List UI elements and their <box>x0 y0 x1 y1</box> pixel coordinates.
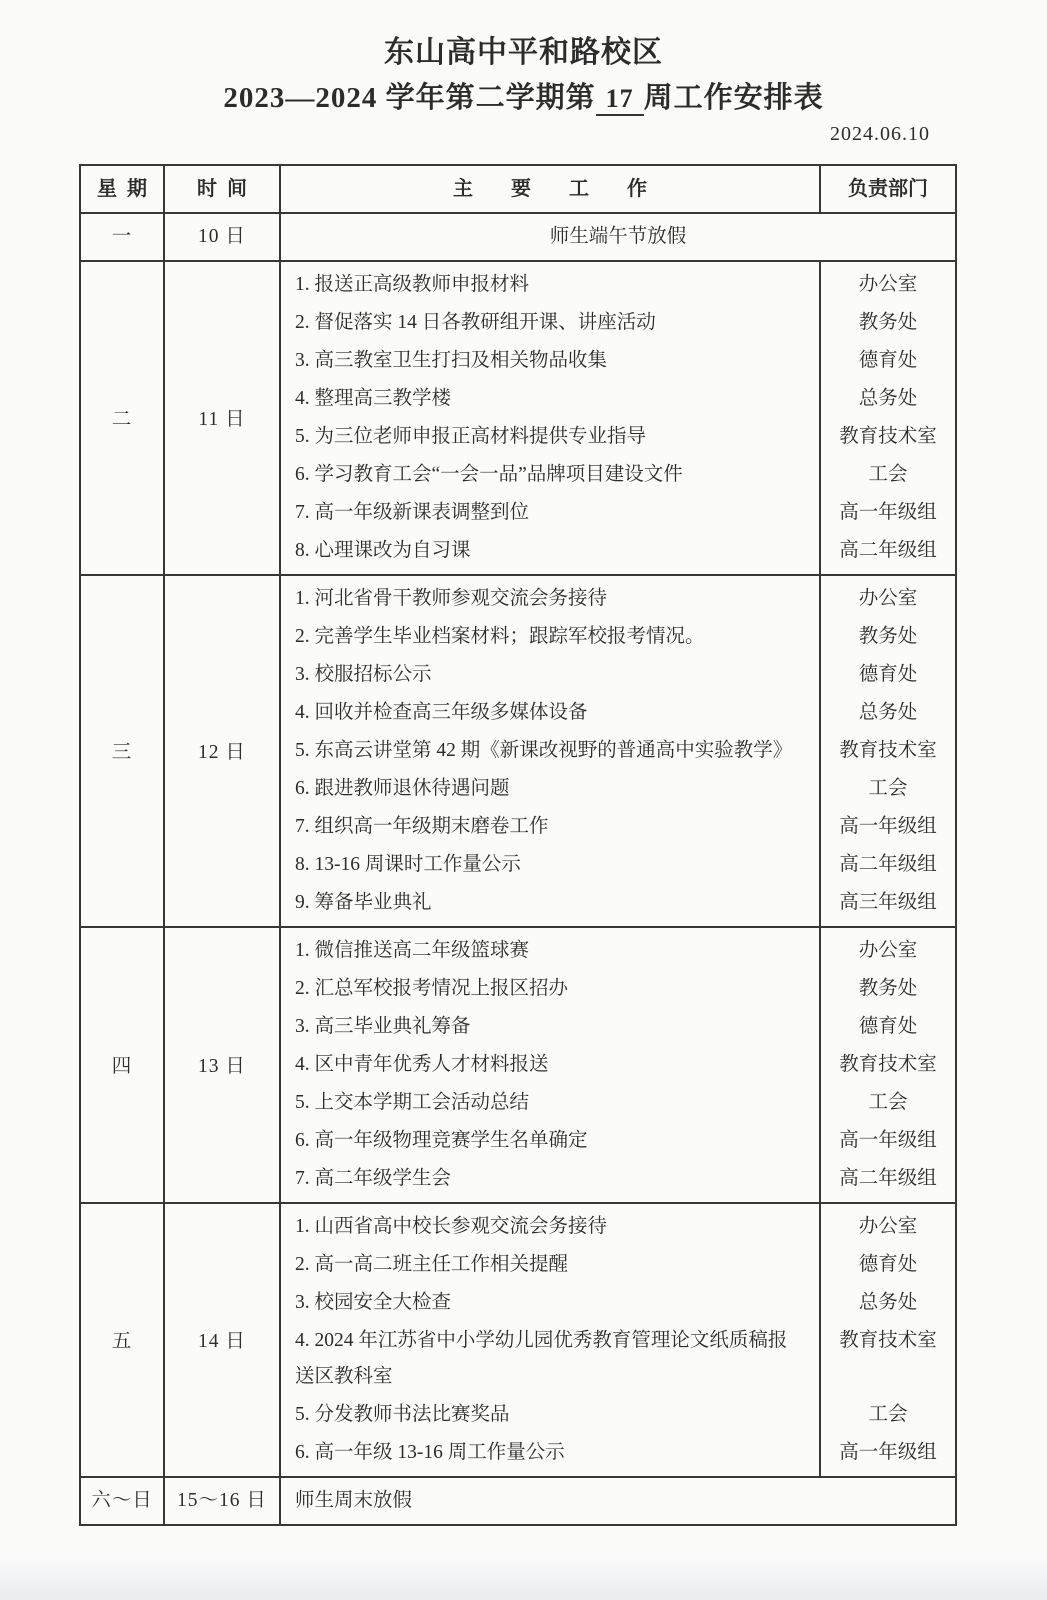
column-header-main-work: 主要工作 <box>280 165 820 213</box>
department-cell: 办公室 <box>820 261 956 304</box>
task-cell: 4. 2024 年江苏省中小学幼儿园优秀教育管理论文纸质稿报送区教科室 <box>280 1322 820 1396</box>
department-cell: 教育技术室 <box>820 418 956 456</box>
department-cell: 办公室 <box>820 1203 956 1246</box>
department-cell: 德育处 <box>820 342 956 380</box>
task-cell: 5. 东高云讲堂第 42 期《新课改视野的普通高中实验教学》 <box>280 732 820 770</box>
merged-task-cell: 师生端午节放假 <box>280 213 956 261</box>
time-cell: 12 日 <box>164 575 280 927</box>
table-row: 三12 日1. 河北省骨干教师参观交流会务接待办公室 <box>80 575 956 618</box>
weekly-schedule-table: 星期 时间 主要工作 负责部门 一10 日师生端午节放假二11 日1. 报送正高… <box>79 164 957 1526</box>
department-cell: 教育技术室 <box>820 1322 956 1396</box>
task-cell: 3. 高三毕业典礼筹备 <box>280 1008 820 1046</box>
day-group-四: 四13 日1. 微信推送高二年级篮球赛办公室2. 汇总军校报考情况上报区招办教务… <box>80 927 956 1203</box>
table-row: 六～日15～16 日师生周末放假 <box>80 1477 956 1525</box>
document-page: 东山高中平和路校区 2023—2024 学年第二学期第17周工作安排表 2024… <box>0 0 1047 1600</box>
department-cell: 高二年级组 <box>820 846 956 884</box>
department-cell: 总务处 <box>820 694 956 732</box>
department-cell: 办公室 <box>820 575 956 618</box>
column-header-time: 时间 <box>164 165 280 213</box>
task-cell: 7. 组织高一年级期末磨卷工作 <box>280 808 820 846</box>
department-cell: 德育处 <box>820 1008 956 1046</box>
task-cell: 8. 心理课改为自习课 <box>280 532 820 575</box>
task-cell: 2. 高一高二班主任工作相关提醒 <box>280 1246 820 1284</box>
weekday-cell: 五 <box>80 1203 164 1477</box>
department-cell: 总务处 <box>820 380 956 418</box>
department-cell: 教务处 <box>820 618 956 656</box>
day-group-五: 五14 日1. 山西省高中校长参观交流会务接待办公室2. 高一高二班主任工作相关… <box>80 1203 956 1477</box>
department-cell: 总务处 <box>820 1284 956 1322</box>
task-cell: 7. 高一年级新课表调整到位 <box>280 494 820 532</box>
task-cell: 5. 为三位老师申报正高材料提供专业指导 <box>280 418 820 456</box>
schedule-title-prefix: 2023—2024 学年第二学期第 <box>223 82 595 114</box>
department-cell: 工会 <box>820 1084 956 1122</box>
time-cell: 13 日 <box>164 927 280 1203</box>
task-cell: 5. 上交本学期工会活动总结 <box>280 1084 820 1122</box>
day-group-一: 一10 日师生端午节放假 <box>80 213 956 261</box>
table-header: 星期 时间 主要工作 负责部门 <box>80 165 956 213</box>
department-cell: 工会 <box>820 456 956 494</box>
day-group-三: 三12 日1. 河北省骨干教师参观交流会务接待办公室2. 完善学生毕业档案材料；… <box>80 575 956 927</box>
department-cell: 高一年级组 <box>820 1434 956 1477</box>
table-row: 一10 日师生端午节放假 <box>80 213 956 261</box>
department-cell: 德育处 <box>820 1246 956 1284</box>
task-cell: 1. 河北省骨干教师参观交流会务接待 <box>280 575 820 618</box>
weekday-cell: 一 <box>80 213 164 261</box>
time-cell: 11 日 <box>164 261 280 575</box>
column-header-weekday: 星期 <box>80 165 164 213</box>
task-cell: 2. 督促落实 14 日各教研组开课、讲座活动 <box>280 304 820 342</box>
issue-date: 2024.06.10 <box>0 121 1047 147</box>
department-cell: 教育技术室 <box>820 732 956 770</box>
time-cell: 10 日 <box>164 213 280 261</box>
school-title: 东山高中平和路校区 <box>0 0 1047 74</box>
department-cell: 办公室 <box>820 927 956 970</box>
department-cell: 高二年级组 <box>820 1160 956 1203</box>
department-cell: 工会 <box>820 1396 956 1434</box>
weekday-cell: 六～日 <box>80 1477 164 1525</box>
task-cell: 3. 校园安全大检查 <box>280 1284 820 1322</box>
week-number: 17 <box>596 84 644 116</box>
task-cell: 5. 分发教师书法比赛奖品 <box>280 1396 820 1434</box>
task-cell: 8. 13-16 周课时工作量公示 <box>280 846 820 884</box>
time-cell: 15～16 日 <box>164 1477 280 1525</box>
weekday-cell: 三 <box>80 575 164 927</box>
task-cell: 3. 高三教室卫生打扫及相关物品收集 <box>280 342 820 380</box>
task-cell: 1. 微信推送高二年级篮球赛 <box>280 927 820 970</box>
task-cell: 3. 校服招标公示 <box>280 656 820 694</box>
weekday-cell: 四 <box>80 927 164 1203</box>
time-cell: 14 日 <box>164 1203 280 1477</box>
merged-task-cell: 师生周末放假 <box>280 1477 956 1525</box>
day-group-六～日: 六～日15～16 日师生周末放假 <box>80 1477 956 1525</box>
task-cell: 4. 回收并检查高三年级多媒体设备 <box>280 694 820 732</box>
department-cell: 工会 <box>820 770 956 808</box>
task-cell: 2. 完善学生毕业档案材料；跟踪军校报考情况。 <box>280 618 820 656</box>
table-row: 二11 日1. 报送正高级教师申报材料办公室 <box>80 261 956 304</box>
task-cell: 4. 整理高三教学楼 <box>280 380 820 418</box>
task-cell: 2. 汇总军校报考情况上报区招办 <box>280 970 820 1008</box>
department-cell: 德育处 <box>820 656 956 694</box>
schedule-title-suffix: 周工作安排表 <box>644 82 824 114</box>
task-cell: 6. 学习教育工会“一会一品”品牌项目建设文件 <box>280 456 820 494</box>
task-cell: 1. 报送正高级教师申报材料 <box>280 261 820 304</box>
department-cell: 高一年级组 <box>820 1122 956 1160</box>
table-row: 四13 日1. 微信推送高二年级篮球赛办公室 <box>80 927 956 970</box>
department-cell: 教务处 <box>820 304 956 342</box>
table-row: 五14 日1. 山西省高中校长参观交流会务接待办公室 <box>80 1203 956 1246</box>
schedule-title: 2023—2024 学年第二学期第17周工作安排表 <box>0 78 1047 118</box>
day-group-二: 二11 日1. 报送正高级教师申报材料办公室2. 督促落实 14 日各教研组开课… <box>80 261 956 575</box>
task-cell: 6. 高一年级物理竞赛学生名单确定 <box>280 1122 820 1160</box>
column-header-department: 负责部门 <box>820 165 956 213</box>
task-cell: 9. 筹备毕业典礼 <box>280 884 820 927</box>
department-cell: 高一年级组 <box>820 808 956 846</box>
department-cell: 高二年级组 <box>820 532 956 575</box>
task-cell: 6. 高一年级 13-16 周工作量公示 <box>280 1434 820 1477</box>
department-cell: 高三年级组 <box>820 884 956 927</box>
department-cell: 教育技术室 <box>820 1046 956 1084</box>
task-cell: 7. 高二年级学生会 <box>280 1160 820 1203</box>
weekday-cell: 二 <box>80 261 164 575</box>
task-cell: 1. 山西省高中校长参观交流会务接待 <box>280 1203 820 1246</box>
task-cell: 6. 跟进教师退休待遇问题 <box>280 770 820 808</box>
task-cell: 4. 区中青年优秀人才材料报送 <box>280 1046 820 1084</box>
department-cell: 教务处 <box>820 970 956 1008</box>
department-cell: 高一年级组 <box>820 494 956 532</box>
